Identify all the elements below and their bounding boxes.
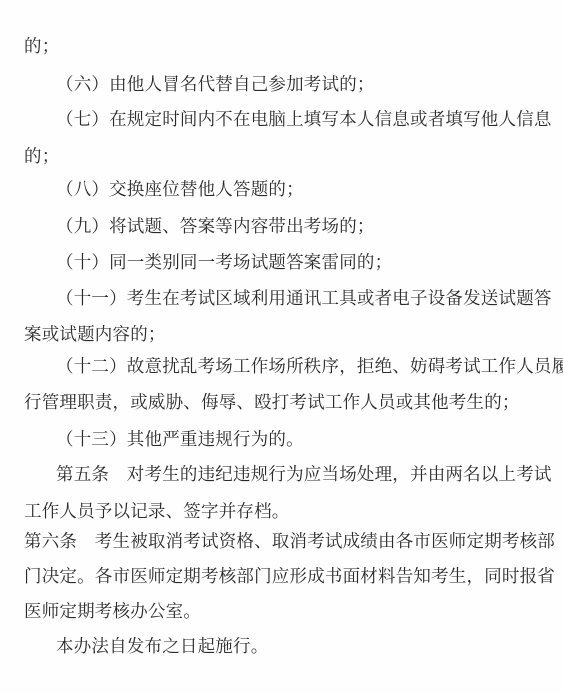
text-line: 门决定。各市医师定期考核部门应形成书面材料告知考生，同时报省: [24, 567, 555, 587]
text-line: （九）将试题、答案等内容带出考场的；: [56, 217, 375, 237]
text-line: 行管理职责，或威胁、侮辱、殴打考试工作人员或其他考生的；: [24, 393, 520, 413]
text-line: 医师定期考核办公室。: [24, 602, 201, 622]
article-5-line: 第五条 对考生的违纪违规行为应当场处理，并由两名以上考试: [56, 465, 552, 485]
text-line: 的；: [24, 147, 59, 167]
document-page: 的； （六）由他人冒名代替自己参加考试的； （七）在规定时间内不在电脑上填写本人…: [0, 0, 563, 693]
text-line: （十三）其他严重违规行为的。: [56, 430, 304, 450]
effective-date-line: 本办法自发布之日起施行。: [56, 637, 268, 657]
text-line: 的；: [24, 37, 59, 57]
text-line: （十二）故意扰乱考场工作场所秩序，拒绝、妨碍考试工作人员履: [56, 357, 563, 377]
text-line: （七）在规定时间内不在电脑上填写本人信息或者填写他人信息: [56, 110, 552, 130]
text-line: （十）同一类别同一考场试题答案雷同的；: [56, 253, 392, 273]
text-line: 工作人员予以记录、签字并存档。: [24, 502, 290, 522]
article-6-line: 第六条 考生被取消考试资格、取消考试成绩由各市医师定期考核部: [24, 532, 555, 552]
text-line: （八）交换座位替他人答题的；: [56, 180, 304, 200]
text-line: （六）由他人冒名代替自己参加考试的；: [56, 75, 375, 95]
text-line: （十一）考生在考试区域利用通讯工具或者电子设备发送试题答: [56, 289, 552, 309]
text-line: 案或试题内容的；: [24, 325, 166, 345]
